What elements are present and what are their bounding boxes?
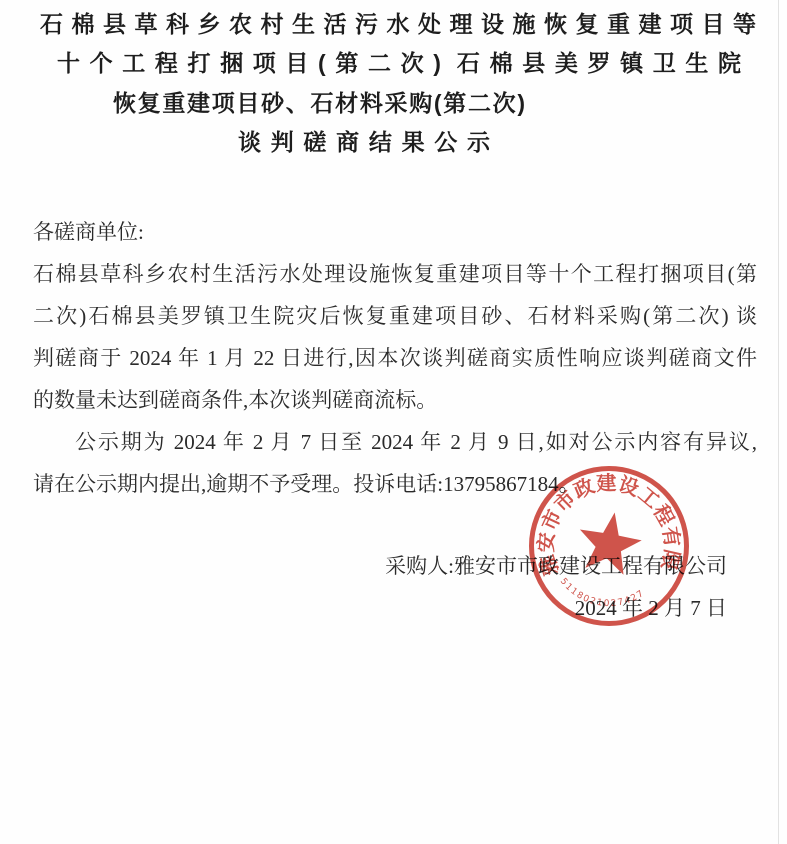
title-line-1: 石棉县草科乡农村生活污水处理设施恢复重建项目等 [40,4,756,44]
document-page: 石棉县草科乡农村生活污水处理设施恢复重建项目等 十个工程打捆项目(第二次) 石棉… [0,0,787,844]
scan-edge-line [778,0,779,844]
paragraph2-line: 请在公示期内提出,逾期不予受理。投诉电话:13795867184。 [33,463,757,505]
title-line-4: 谈判磋商结果公示 [238,122,490,162]
paragraph2-line: 公示期为 2024 年 2 月 7 日至 2024 年 2 月 9 日,如对公示… [33,421,757,463]
title-line-2: 十个工程打捆项目(第二次) 石棉县美罗镇卫生院 [57,43,741,83]
paragraph1-line: 判磋商于 2024 年 1 月 22 日进行,因本次谈判磋商实质性响应谈判磋商文… [33,337,757,379]
date-line: 2024 年 2 月 7 日 [385,587,727,629]
document-body: 各磋商单位: 石棉县草科乡农村生活污水处理设施恢复重建项目等十个工程打捆项目(第… [33,211,757,505]
title-line-3: 恢复重建项目砂、石材料采购(第二次) [113,83,525,123]
buyer-line: 采购人:雅安市市政建设工程有限公司 [385,545,727,587]
paragraph1-line: 二次)石棉县美罗镇卫生院灾后恢复重建项目砂、石材料采购(第二次) 谈 [33,295,757,337]
paragraph1-line: 的数量未达到磋商条件,本次谈判磋商流标。 [33,379,757,421]
paragraph1-line: 石棉县草科乡农村生活污水处理设施恢复重建项目等十个工程打捆项目(第 [33,253,757,295]
salutation: 各磋商单位: [33,211,757,253]
signature-block: 采购人:雅安市市政建设工程有限公司 2024 年 2 月 7 日 [385,545,727,629]
